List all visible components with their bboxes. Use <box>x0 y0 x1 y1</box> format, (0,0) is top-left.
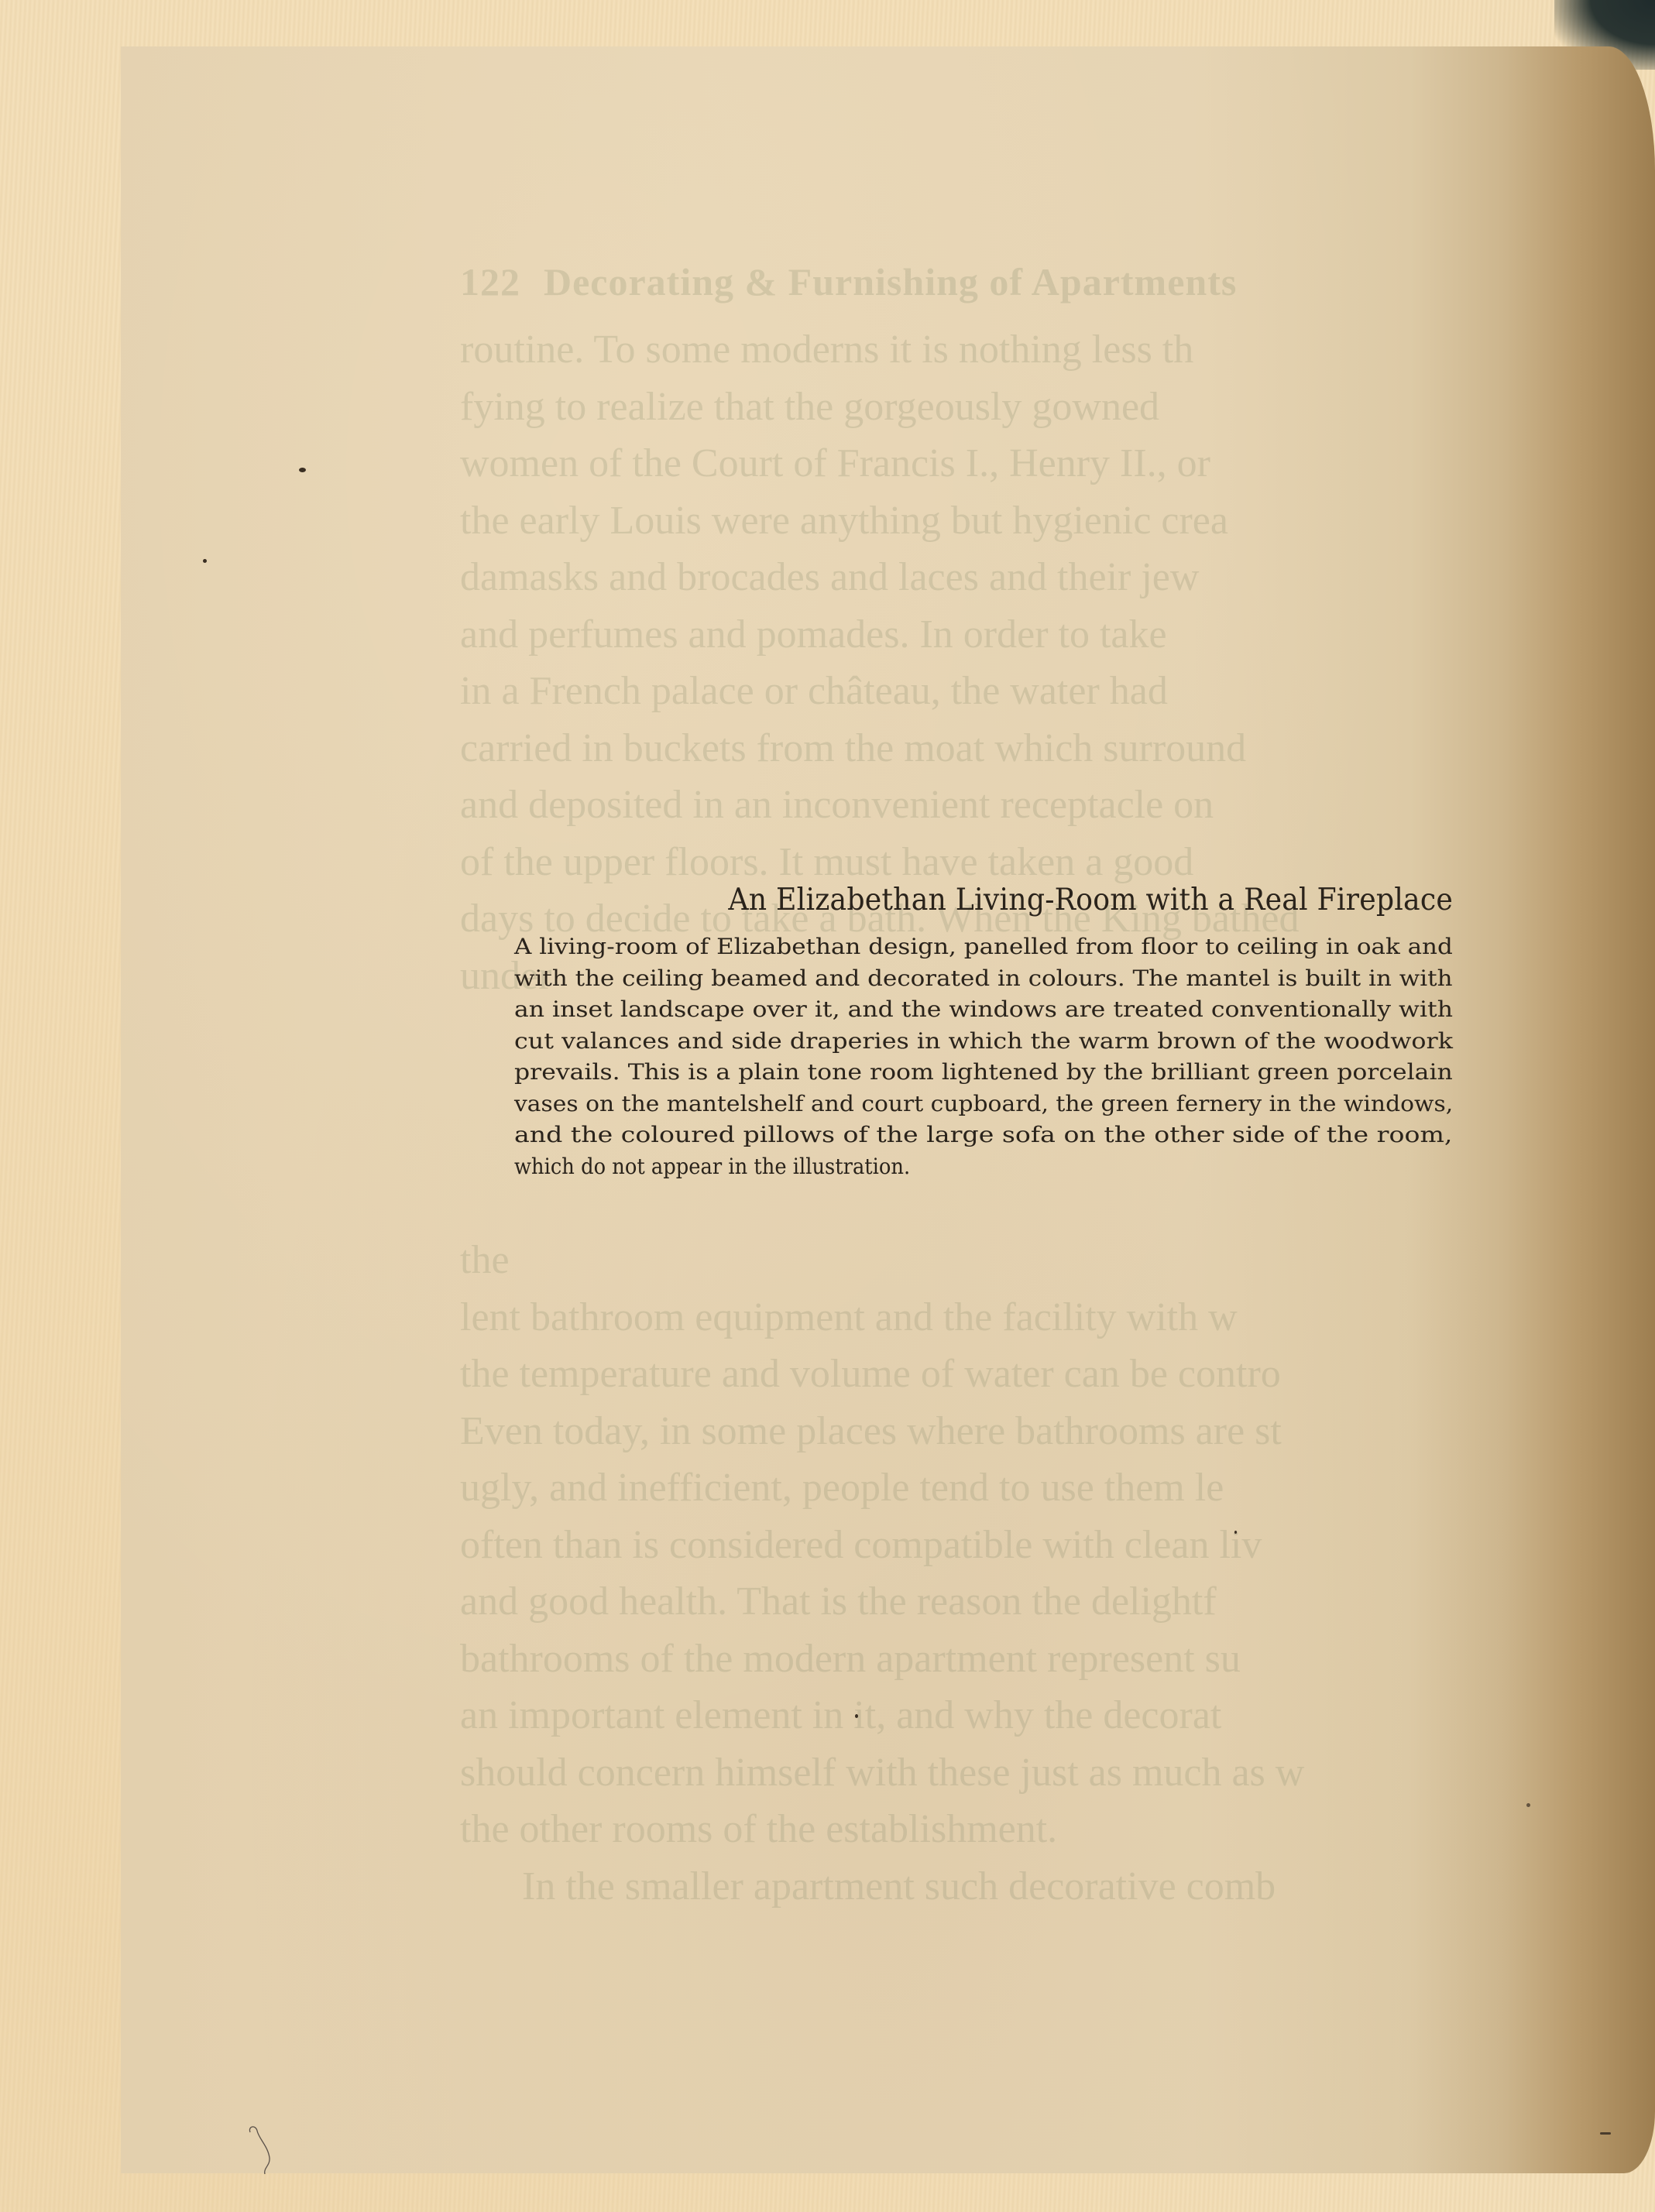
caption-line: A living-room of Elizabethan design, pan… <box>514 931 1453 963</box>
paper-speck <box>203 559 207 563</box>
caption-line: and the coloured pillows of the large so… <box>514 1120 1452 1151</box>
paper-speck <box>1526 1803 1530 1807</box>
caption-line: an inset landscape over it, and the wind… <box>514 994 1453 1026</box>
caption-line: prevails. This is a plain tone room ligh… <box>514 1057 1453 1089</box>
margin-mark <box>1600 2132 1611 2135</box>
caption-line: with the ceiling beamed and decorated in… <box>514 963 1453 995</box>
illustration-caption: An Elizabethan Living-Room with a Real F… <box>514 883 1453 1182</box>
stray-hair <box>246 2123 277 2177</box>
paper-speck <box>299 468 306 472</box>
caption-line: cut valances and side draperies in which… <box>514 1026 1453 1058</box>
caption-body: A living-room of Elizabethan design, pan… <box>514 931 1453 1182</box>
paper-speck <box>855 1714 858 1718</box>
caption-title: An Elizabethan Living-Room with a Real F… <box>580 883 1453 917</box>
caption-line: vases on the mantelshelf and court cupbo… <box>514 1089 1453 1120</box>
paper-speck <box>1234 1531 1237 1534</box>
caption-line: which do not appear in the illustration. <box>514 1151 910 1183</box>
